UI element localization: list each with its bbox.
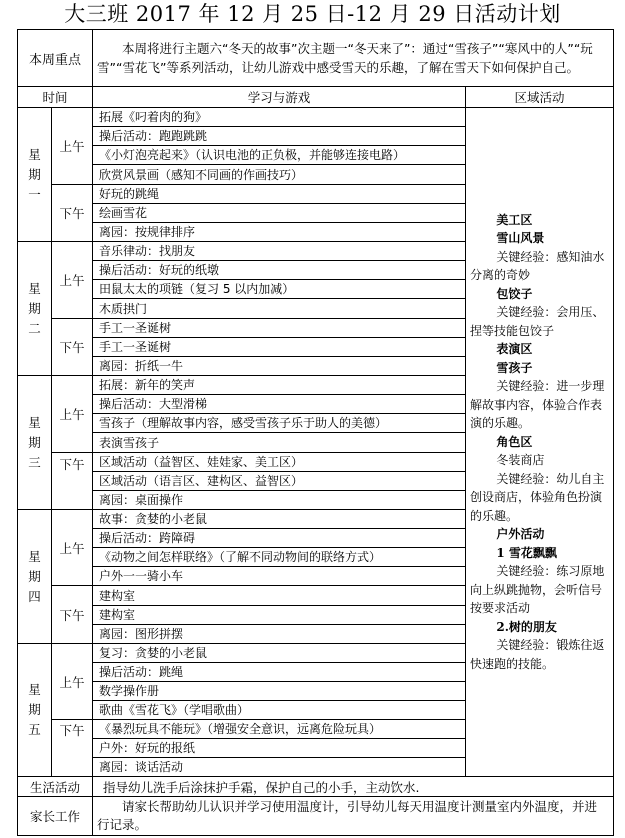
- activity-cell: 区域活动（语言区、建构区、益智区）: [93, 472, 466, 491]
- weekly-focus-label: 本周重点: [18, 30, 93, 87]
- period-pm: 下午: [52, 720, 93, 777]
- activity-cell: 音乐律动：找朋友: [93, 242, 466, 261]
- period-pm: 下午: [52, 185, 93, 242]
- parent-work-label: 家长工作: [18, 797, 93, 836]
- period-am: 上午: [52, 510, 93, 586]
- area-activity: 冬装商店: [470, 451, 609, 470]
- area-activity: 雪孩子: [470, 359, 609, 378]
- activity-cell: 拓展：新年的笑声: [93, 376, 466, 395]
- activity-cell: 离园：图形拼摆: [93, 625, 466, 644]
- period-pm: 下午: [52, 319, 93, 376]
- activity-plan-table: 本周重点 本周将进行主题六“冬天的故事”次主题一“冬天来了”：通过“雪孩子”“寒…: [17, 29, 614, 836]
- activity-cell: 离园：桌面操作: [93, 491, 466, 510]
- activity-cell: 操后活动：大型滑梯: [93, 395, 466, 414]
- activity-cell: 田鼠太太的项链（复习 5 以内加减）: [93, 280, 466, 299]
- activity-cell: 雪孩子（理解故事内容，感受雪孩子乐于助人的美德）: [93, 414, 466, 433]
- activity-cell: 操后活动：跳绳: [93, 663, 466, 682]
- parent-work-text: 请家长帮助幼儿认识并学习使用温度计，引导幼儿每天用温度计测量室内外温度，并进行记…: [93, 797, 614, 836]
- life-activity-label: 生活活动: [18, 777, 93, 797]
- activity-cell: 户外一一骑小车: [93, 567, 466, 586]
- activity-cell: 好玩的跳绳: [93, 185, 466, 204]
- activity-cell: 离园：折纸一牛: [93, 357, 466, 376]
- parent-work-row: 家长工作 请家长帮助幼儿认识并学习使用温度计，引导幼儿每天用温度计测量室内外温度…: [18, 797, 614, 836]
- area-key-experience: 关键经验：感知油水分离的奇妙: [470, 248, 609, 285]
- period-am: 上午: [52, 376, 93, 453]
- area-key-experience: 关键经验：会用压、捏等技能包饺子: [470, 303, 609, 340]
- day-label-fri: 星期五: [18, 644, 52, 777]
- period-am: 上午: [52, 644, 93, 720]
- activity-cell: 区域活动（益智区、娃娃家、美工区）: [93, 453, 466, 472]
- activity-cell: 表演雪孩子: [93, 433, 466, 453]
- period-am: 上午: [52, 108, 93, 185]
- life-activity-text: 指导幼儿洗手后涂抹护手霜，保护自己的小手，主动饮水.: [93, 777, 614, 797]
- activity-cell: 《小灯泡亮起来》（认识电池的正负极，并能够连接电路）: [93, 146, 466, 165]
- activity-cell: 数学操作册: [93, 682, 466, 701]
- area-key-experience: 关键经验：练习原地向上纵跳抛物，会听信号按要求活动: [470, 562, 609, 618]
- area-zone-art: 美工区: [470, 211, 609, 230]
- area-zone-role: 角色区: [470, 433, 609, 452]
- weekly-focus-text: 本周将进行主题六“冬天的故事”次主题一“冬天来了”：通过“雪孩子”“寒风中的人”…: [93, 30, 614, 87]
- day-label-wed: 星期三: [18, 376, 52, 510]
- activity-cell: 故事：贪婪的小老鼠: [93, 510, 466, 529]
- period-pm: 下午: [52, 453, 93, 510]
- life-activity-row: 生活活动 指导幼儿洗手后涂抹护手霜，保护自己的小手，主动饮水.: [18, 777, 614, 797]
- area-activity: 2.树的朋友: [470, 618, 609, 637]
- activity-cell: 建构室: [93, 606, 466, 625]
- activity-cell: 拓展《叼着肉的狗》: [93, 108, 466, 127]
- activity-cell: 建构室: [93, 586, 466, 606]
- day-label-thu: 星期四: [18, 510, 52, 644]
- area-key-experience: 关键经验：锻炼往返快速跑的技能。: [470, 636, 609, 673]
- area-zone-performance: 表演区: [470, 340, 609, 359]
- header-learning: 学习与游戏: [93, 87, 466, 108]
- activity-cell: 木质拱门: [93, 299, 466, 319]
- header-area: 区域活动: [466, 87, 614, 108]
- activity-cell: 离园：按规律排序: [93, 223, 466, 242]
- day-label-tue: 星期二: [18, 242, 52, 376]
- area-activity: 1 雪花飘飘: [470, 544, 609, 563]
- area-zone-outdoor: 户外活动: [470, 525, 609, 544]
- period-pm: 下午: [52, 586, 93, 644]
- activity-cell: 《暴烈玩具不能玩》（增强安全意识，远离危险玩具）: [93, 720, 466, 739]
- activity-cell: 操后活动：好玩的纸墩: [93, 261, 466, 280]
- document-title: 大三班 2017 年 12 月 25 日-12 月 29 日活动计划: [0, 0, 625, 28]
- table-header-row: 时间 学习与游戏 区域活动: [18, 87, 614, 108]
- activity-cell: 操后活动：跑跑跳跳: [93, 127, 466, 146]
- period-am: 上午: [52, 242, 93, 319]
- activity-cell: 手工一圣诞树: [93, 338, 466, 357]
- area-activity: 包饺子: [470, 285, 609, 304]
- activity-cell: 操后活动：跨障碍: [93, 529, 466, 548]
- activity-cell: 绘画雪花: [93, 204, 466, 223]
- activity-cell: 离园：谈话活动: [93, 758, 466, 777]
- area-activity: 雪山风景: [470, 229, 609, 248]
- activity-cell: 欣赏风景画（感知不同画的作画技巧）: [93, 165, 466, 185]
- area-activities-cell: 美工区 雪山风景 关键经验：感知油水分离的奇妙 包饺子 关键经验：会用压、捏等技…: [466, 108, 614, 777]
- activity-cell: 复习：贪婪的小老鼠: [93, 644, 466, 663]
- activity-cell: 户外：好玩的报纸: [93, 739, 466, 758]
- table-row: 星期一 上午 拓展《叼着肉的狗》 美工区 雪山风景 关键经验：感知油水分离的奇妙…: [18, 108, 614, 127]
- header-time: 时间: [18, 87, 93, 108]
- activity-cell: 手工一圣诞树: [93, 319, 466, 338]
- activity-cell: 《动物之间怎样联络》（了解不同动物间的联络方式）: [93, 548, 466, 567]
- day-label-mon: 星期一: [18, 108, 52, 242]
- area-key-experience: 关键经验：进一步理解故事内容，体验合作表演的乐趣。: [470, 377, 609, 433]
- area-key-experience: 关键经验：幼儿自主创设商店，体验角色扮演的乐趣。: [470, 470, 609, 526]
- activity-cell: 歌曲《雪花飞》（学唱歌曲）: [93, 701, 466, 720]
- weekly-focus-row: 本周重点 本周将进行主题六“冬天的故事”次主题一“冬天来了”：通过“雪孩子”“寒…: [18, 30, 614, 87]
